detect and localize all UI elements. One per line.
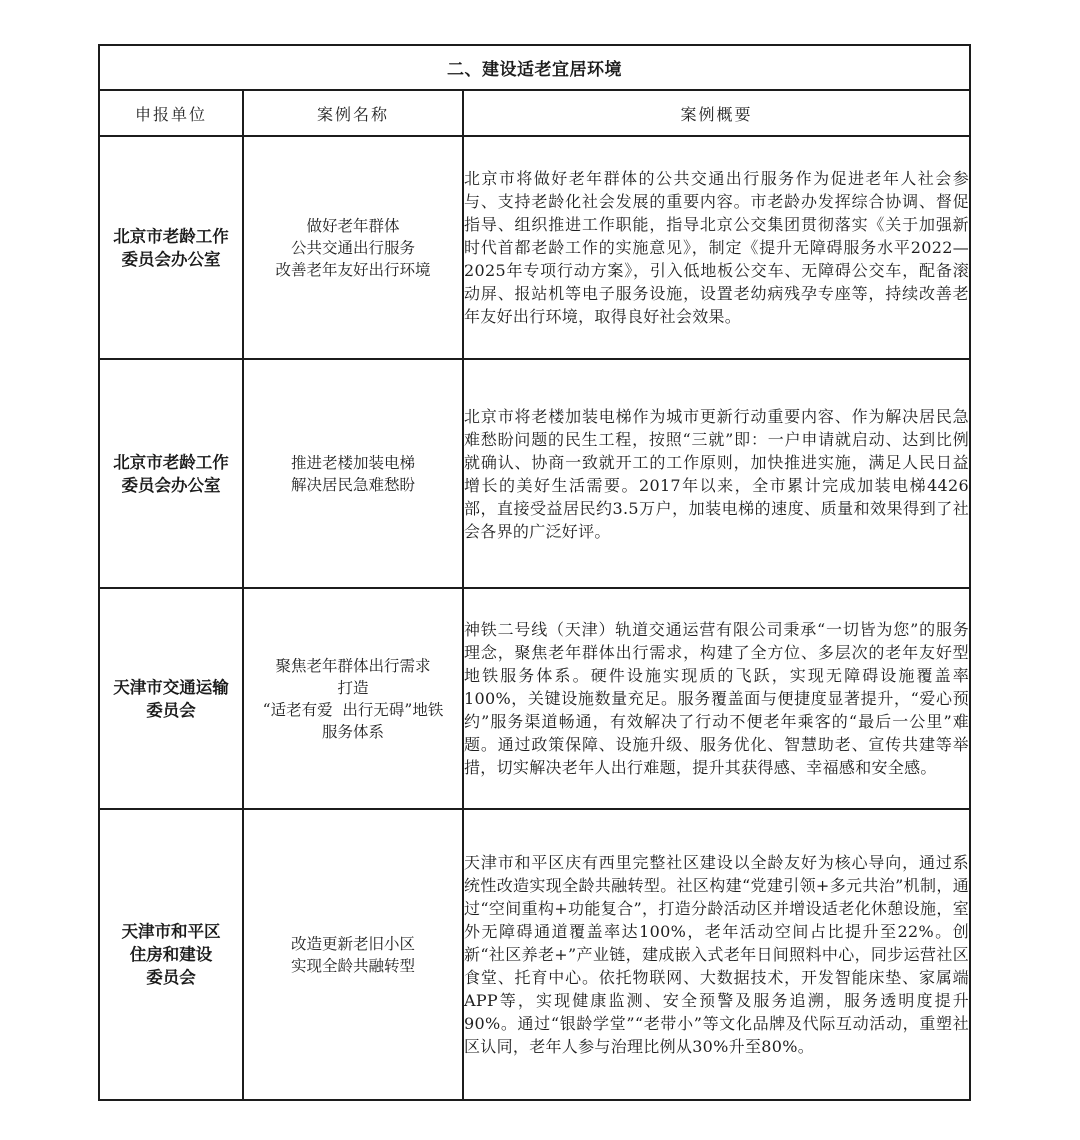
cases-table: 二、建设适老宜居环境 申报单位 案例名称 案例概要 北京市老龄工作 委员会办公室… — [98, 44, 971, 1101]
table-row: 天津市交通运输 委员会 聚焦老年群体出行需求 打造 “适老有爱 出行无碍”地铁 … — [99, 588, 970, 809]
reporting-unit: 天津市和平区 住房和建设 委员会 — [99, 809, 243, 1100]
case-summary: 北京市将老楼加装电梯作为城市更新行动重要内容、作为解决居民急难愁盼问题的民生工程… — [463, 359, 970, 588]
header-case-name: 案例名称 — [243, 90, 463, 136]
table-row: 北京市老龄工作 委员会办公室 做好老年群体 公共交通出行服务 改善老年友好出行环… — [99, 136, 970, 359]
section-title: 二、建设适老宜居环境 — [99, 45, 970, 90]
header-unit: 申报单位 — [99, 90, 243, 136]
reporting-unit: 北京市老龄工作 委员会办公室 — [99, 359, 243, 588]
case-summary: 神铁二号线（天津）轨道交通运营有限公司秉承“一切皆为您”的服务理念，聚焦老年群体… — [463, 588, 970, 809]
table-row: 天津市和平区 住房和建设 委员会 改造更新老旧小区 实现全龄共融转型 天津市和平… — [99, 809, 970, 1100]
case-name: 改造更新老旧小区 实现全龄共融转型 — [243, 809, 463, 1100]
case-summary: 北京市将做好老年群体的公共交通出行服务作为促进老年人社会参与、支持老龄化社会发展… — [463, 136, 970, 359]
reporting-unit: 天津市交通运输 委员会 — [99, 588, 243, 809]
reporting-unit: 北京市老龄工作 委员会办公室 — [99, 136, 243, 359]
case-summary: 天津市和平区庆有西里完整社区建设以全龄友好为核心导向，通过系统性改造实现全龄共融… — [463, 809, 970, 1100]
case-name: 做好老年群体 公共交通出行服务 改善老年友好出行环境 — [243, 136, 463, 359]
table-row: 北京市老龄工作 委员会办公室 推进老楼加装电梯 解决居民急难愁盼 北京市将老楼加… — [99, 359, 970, 588]
case-name: 聚焦老年群体出行需求 打造 “适老有爱 出行无碍”地铁 服务体系 — [243, 588, 463, 809]
header-summary: 案例概要 — [463, 90, 970, 136]
case-name: 推进老楼加装电梯 解决居民急难愁盼 — [243, 359, 463, 588]
